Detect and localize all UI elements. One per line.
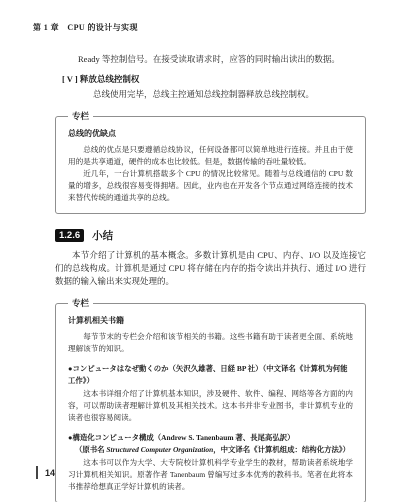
column-box-bus: 专栏 总线的优缺点 总线的优点是只要遵循总线协议，任何设备都可以简单地进行连接。… [55,116,366,214]
page-number: 14 [45,468,55,478]
page-footer: 14 [36,466,55,479]
section-number-badge: 1.2.6 [55,229,84,242]
section-paragraph: 本节介绍了计算机的基本概念。多数计算机是由 CPU、内存、I/O 以及连接它们的… [55,249,366,288]
intro-paragraph: Ready 等控制信号。在接受读取请求时，应答的同时输出读出的数据。 [78,53,366,66]
book1-description: 这本书详细介绍了计算机基本知识，涉及硬件、软件、编程、网络等各方面的内容，可以帮… [68,388,353,424]
section-title: 小结 [92,228,113,243]
column-legend: 专栏 [68,111,93,122]
book2-subtitle-suffix: ，中文译名《计算机组成：结构化方法》） [213,445,350,454]
column-box-books: 专栏 计算机相关书籍 每节节末的专栏会介绍和该节相关的书籍。这些书籍有助于读者更… [55,303,366,502]
section-heading: 1.2.6 小结 [55,228,366,243]
chapter-header: 第 1 章 CPU 的设计与实现 [33,22,138,33]
column-legend: 专栏 [68,298,93,309]
column-title: 总线的优缺点 [68,128,353,139]
book1-heading: ●コンピュータはなぜ動くのか（矢沢久雄著、日経 BP 社）（中文译名《计算机为何… [68,363,353,387]
page-content: Ready 等控制信号。在接受读取请求时，应答的同时输出读出的数据。 [ V ]… [55,53,366,502]
book2-original-title: Structured Computer Organization [106,445,213,454]
footer-rule [36,466,38,479]
book-page: 第 1 章 CPU 的设计与实现 Ready 等控制信号。在接受读取请求时，应答… [0,0,400,502]
book2-subtitle: （原书名 Structured Computer Organization，中文… [75,444,353,456]
book2-heading: ●構造化コンピュータ構成（Andrew S. Tanenbaum 著、長尾高弘訳… [68,432,353,444]
book2-subtitle-prefix: （原书名 [75,445,106,454]
book2-description: 这本书可以作为大学、大专院校计算机科学专业学生的教材，帮助读者系统地学习计算机相… [68,457,353,493]
column-intro-paragraph: 每节节末的专栏会介绍和该节相关的书籍。这些书籍有助于读者更全面、系统地理解该节的… [68,331,353,355]
column-paragraph: 近几年，一台计算机搭载多个 CPU 的情况比较常见。随着与总线通信的 CPU 数… [68,168,353,204]
list-item-v-heading: [ V ] 释放总线控制权 [62,73,366,86]
list-item-v-body: 总线使用完毕，总线主控通知总线控制器释放总线控制权。 [93,88,366,101]
column-title: 计算机相关书籍 [68,315,353,326]
column-paragraph: 总线的优点是只要遵循总线协议，任何设备都可以简单地进行连接。并且由于使用的是共享… [68,144,353,168]
